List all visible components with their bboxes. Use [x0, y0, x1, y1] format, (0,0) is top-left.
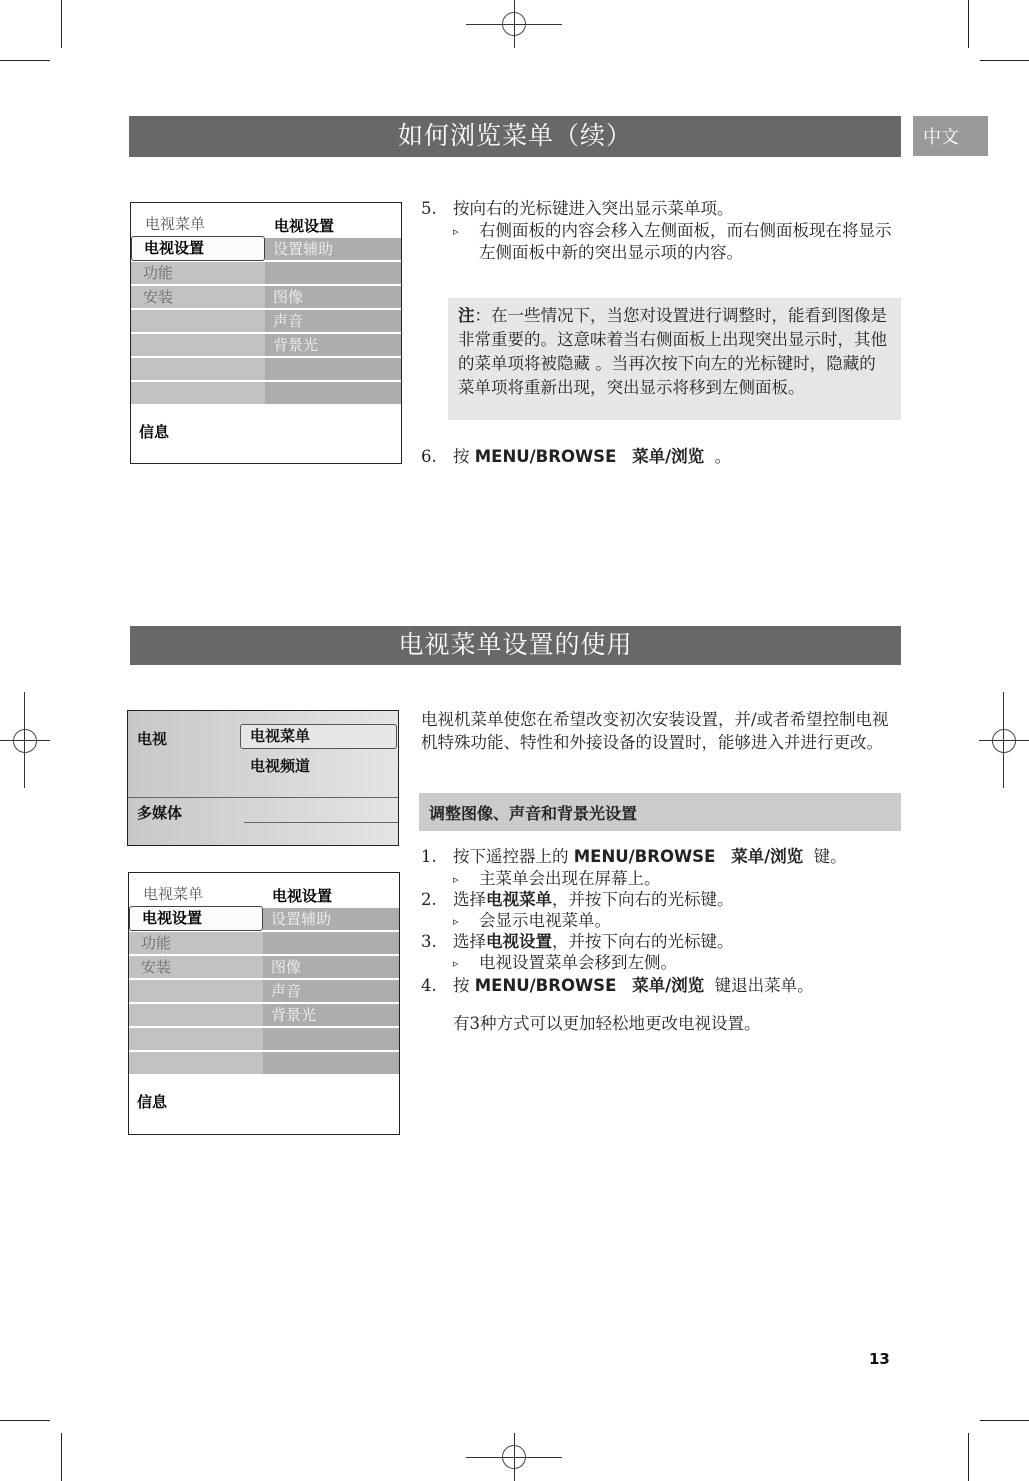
menu-left-item	[129, 1052, 263, 1074]
menu-info-label: 信息	[139, 421, 169, 442]
menu-right-item	[265, 358, 401, 380]
menu-right-item	[265, 382, 401, 404]
steps-list: 1.按下遥控器上的 MENU/BROWSE 菜单/浏览 键。 ▹主菜单会出现在屏…	[421, 846, 903, 1034]
language-label: 中文	[923, 123, 959, 149]
menu-right-item: 设置辅助	[265, 238, 401, 260]
registration-mark-left	[0, 692, 50, 788]
menu-left-item	[131, 334, 265, 356]
intro-paragraph: 电视机菜单使您在希望改变初次安装设置，并/或者希望控制电视机特殊功能、特性和外接…	[421, 708, 903, 754]
section-title: 电视菜单设置的使用	[398, 630, 632, 659]
menu-right-item	[263, 1052, 399, 1074]
divider	[128, 797, 398, 798]
step-6: 6.按 MENU/BROWSE 菜单/浏览 。	[421, 446, 901, 468]
language-tab: 中文	[913, 116, 988, 156]
page-number: 13	[869, 1350, 890, 1368]
section-title: 如何浏览菜单（续）	[398, 121, 632, 150]
crop-mark	[0, 1420, 50, 1421]
menu-item-multimedia: 多媒体	[137, 802, 182, 823]
crop-mark	[980, 1420, 1029, 1421]
subheading-bar: 调整图像、声音和背景光设置	[419, 793, 901, 831]
menu-right-item: 声音	[265, 310, 401, 332]
step-5: 5.按向右的光标键进入突出显示菜单项。 ▹右侧面板的内容会移入左侧面板，而右侧面…	[421, 198, 901, 264]
menu-right-item: 设置辅助	[263, 908, 399, 930]
step-2-result: ▹会显示电视菜单。	[421, 910, 903, 931]
menu-selected-item: 电视设置	[131, 236, 265, 261]
note-label: 注	[458, 306, 475, 325]
menu-left-item	[131, 382, 265, 404]
step-3: 3.选择电视设置，并按下向右的光标键。	[421, 931, 903, 952]
step-1-result: ▹主菜单会出现在屏幕上。	[421, 868, 903, 889]
step-2: 2.选择电视菜单，并按下向右的光标键。	[421, 889, 903, 910]
step-3-result: ▹电视设置菜单会移到左侧。	[421, 952, 903, 973]
menu-left-item	[131, 358, 265, 380]
menu-browse-key: MENU/BROWSE	[574, 847, 716, 866]
menu-left-item: 安装	[129, 956, 263, 978]
menu-info-label: 信息	[137, 1091, 167, 1112]
menu-right-item	[263, 1028, 399, 1050]
menu-left-item: 功能	[131, 262, 265, 284]
registration-mark-right	[979, 692, 1029, 788]
menu-item-tv: 电视	[137, 728, 167, 749]
crop-mark	[968, 1433, 969, 1481]
crop-mark	[0, 60, 50, 61]
registration-mark-bottom	[466, 1433, 562, 1481]
menu-right-item: 图像	[263, 956, 399, 978]
menu-selected-item: 电视菜单	[240, 724, 397, 749]
menu-right-item	[265, 262, 401, 284]
tv-main-menu-diagram: 电视 电视菜单 电视频道 多媒体	[127, 710, 399, 846]
menu-left-item	[129, 1004, 263, 1026]
sub-bullet-icon: ▹	[453, 221, 459, 243]
menu-right-item: 背景光	[263, 1004, 399, 1026]
menu-left-item: 安装	[131, 286, 265, 308]
menu-browse-key: MENU/BROWSE	[475, 976, 617, 995]
closing-text: 有3种方式可以更加轻松地更改电视设置。	[421, 1013, 903, 1034]
subheading: 调整图像、声音和背景光设置	[429, 801, 637, 824]
registration-mark-top	[466, 0, 562, 48]
menu-left-item	[129, 980, 263, 1002]
menu-left-item: 功能	[129, 932, 263, 954]
menu-right-header: 电视设置	[274, 215, 334, 236]
menu-left-item	[131, 310, 265, 332]
menu-left-item	[129, 1028, 263, 1050]
menu-item-tv-channels: 电视频道	[250, 755, 310, 776]
crop-mark	[980, 60, 1029, 61]
crop-mark	[61, 0, 62, 48]
step-4: 4.按 MENU/BROWSE 菜单/浏览 键退出菜单。	[421, 975, 903, 996]
sub-bullet-icon: ▹	[453, 869, 459, 890]
menu-right-item: 声音	[263, 980, 399, 1002]
menu-right-item: 图像	[265, 286, 401, 308]
section-title-banner: 如何浏览菜单（续）	[129, 116, 901, 157]
menu-browse-key: MENU/BROWSE	[475, 447, 617, 466]
divider	[244, 822, 398, 823]
note-box: 注：在一些情况下，当您对设置进行调整时，能看到图像是非常重要的。这意味着当右侧面…	[448, 298, 901, 420]
crop-mark	[968, 0, 969, 48]
menu-left-header: 电视菜单	[143, 883, 203, 904]
menu-right-header: 电视设置	[272, 885, 332, 906]
sub-bullet-icon: ▹	[453, 911, 459, 932]
sub-bullet-icon: ▹	[453, 953, 459, 974]
menu-right-item: 背景光	[265, 334, 401, 356]
menu-right-item	[263, 932, 399, 954]
crop-mark	[61, 1433, 62, 1481]
menu-selected-item: 电视设置	[129, 906, 263, 931]
tv-settings-menu-diagram: 电视菜单 电视设置 设置辅助 电视设置 功能 安装 图像 声音 背景光 信息	[130, 202, 402, 464]
note-text: ：在一些情况下，当您对设置进行调整时，能看到图像是非常重要的。这意味着当右侧面板…	[458, 306, 887, 397]
step-1: 1.按下遥控器上的 MENU/BROWSE 菜单/浏览 键。	[421, 846, 903, 868]
menu-left-header: 电视菜单	[145, 213, 205, 234]
tv-settings-menu-diagram: 电视菜单 电视设置 设置辅助 电视设置 功能 安装 图像 声音 背景光 信息	[128, 872, 400, 1135]
section-title-banner: 电视菜单设置的使用	[130, 626, 901, 665]
